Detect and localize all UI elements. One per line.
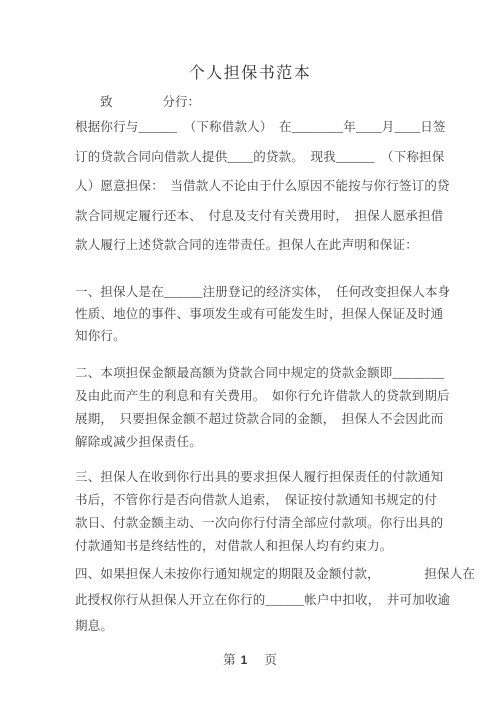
paragraph-line: 一、担保人是在______注册登记的经济实体， 任何改变担保人本身 [75,281,427,303]
page-footer: 第1页 [0,650,500,668]
paragraph-clause-4: 四、如果担保人未按你行通知规定的期限及金额付款， 担保人在 此授权你行从担保人开… [75,561,427,639]
paragraph-line: 三、担保人在收到你行出具的要求担保人履行担保责任的付款通知 [75,466,427,489]
paragraph-line: 款日、付款金额主动、一次向你行付清全部应付款项。你行出具的 [75,512,427,535]
paragraph-line: 二、本项担保金额最高额为贷款合同中规定的贷款金额即________ [75,362,427,385]
paragraph-clause-2: 二、本项担保金额最高额为贷款合同中规定的贷款金额即________ 及由此而产生… [75,362,427,454]
salutation-line: 致分行： [100,92,200,110]
paragraph-line: 款人履行上述贷款合同的连带责任。担保人在此声明和保证： [75,231,427,261]
paragraph-line: 付款通知书是终结性的，对借款人和担保人均有约束力。 [75,535,427,558]
paragraph-line: 及由此而产生的利息和有关费用。 如你行允许借款人的贷款到期后 [75,385,427,408]
document-page: 个人担保书范本 致分行： 根据你行与______ （下称借款人） 在______… [0,0,500,708]
paragraph-line: 人）愿意担保： 当借款人不论由于什么原因不能按与你行签订的贷 [75,172,427,202]
paragraph-line: 期息。 [75,613,427,639]
paragraph-line: 四、如果担保人未按你行通知规定的期限及金额付款， 担保人在 [75,561,427,587]
paragraph-line: 根据你行与______ （下称借款人） 在________年____月____日… [75,113,427,143]
footer-prefix: 第 [223,653,236,667]
page-number: 1 [241,653,248,667]
paragraph-line: 款合同规定履行还本、 付息及支付有关费用时， 担保人愿承担借 [75,202,427,232]
paragraph-intro: 根据你行与______ （下称借款人） 在________年____月____日… [75,113,427,261]
paragraph-line: 订的贷款合同向借款人提供____的贷款。 现我______ （下称担保 [75,143,427,173]
document-title: 个人担保书范本 [0,60,500,83]
paragraph-line: 展期， 只要担保金额不超过贷款合同的金额， 担保人不会因此而 [75,408,427,431]
salutation-branch: 分行： [163,95,201,109]
paragraph-clause-1: 一、担保人是在______注册登记的经济实体， 任何改变担保人本身 性质、地位的… [75,281,427,347]
paragraph-line: 解除或减少担保责任。 [75,431,427,454]
paragraph-line: 性质、地位的事件、事项发生或有可能发生时，担保人保证及时通 [75,303,427,325]
paragraph-line: 知你行。 [75,325,427,347]
paragraph-clause-3: 三、担保人在收到你行出具的要求担保人履行担保责任的付款通知 书后，不管你行是否向… [75,466,427,558]
paragraph-line: 此授权你行从担保人开立在你行的______帐户中扣收， 并可加收逾 [75,587,427,613]
salutation-to: 致 [100,95,113,109]
paragraph-line: 书后，不管你行是否向借款人追索， 保证按付款通知书规定的付 [75,489,427,512]
footer-suffix: 页 [264,653,277,667]
